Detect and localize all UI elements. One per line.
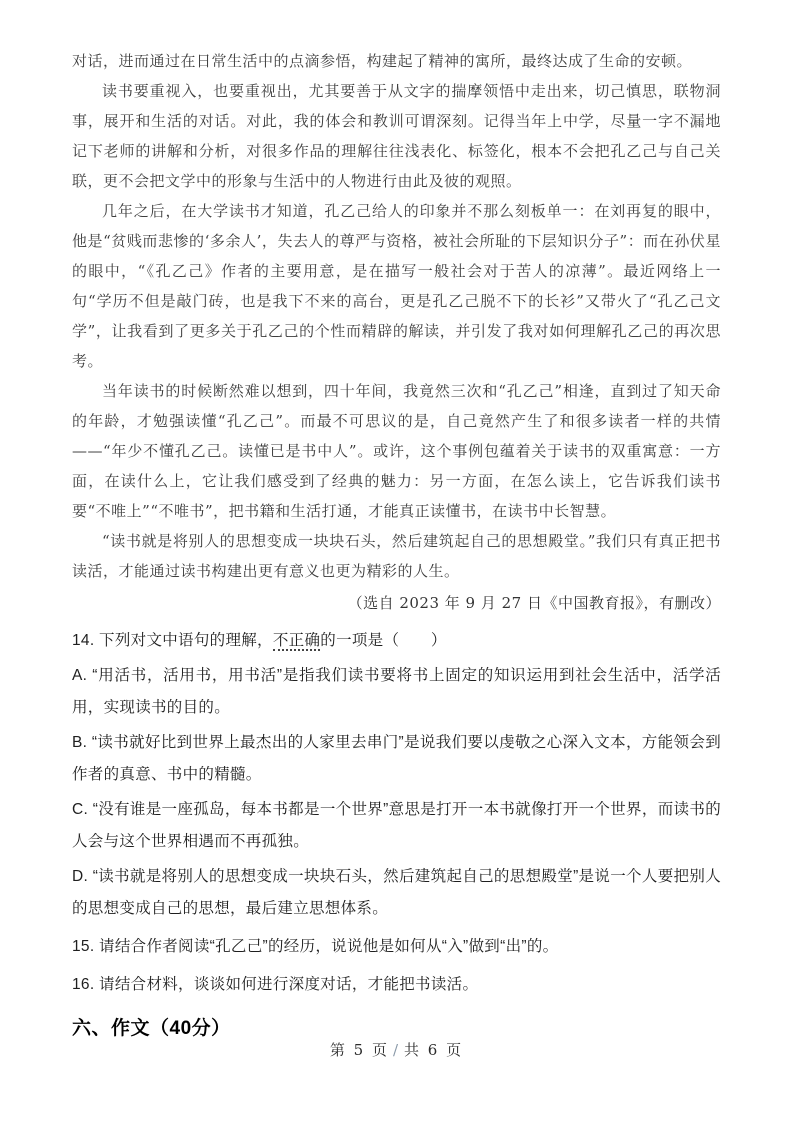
- question-15: 15. 请结合作者阅读“孔乙己”的经历，说说他是如何从“入”做到“出”的。: [72, 931, 721, 963]
- option-a: A. “用活书，活用书，用书活”是指我们读书要将书上固定的知识运用到社会生活中，…: [72, 660, 721, 724]
- body-paragraph: 读书要重视入，也要重视出，尤其要善于从文字的揣摩领悟中走出来，切己慎思，联物洞事…: [72, 76, 721, 196]
- body-paragraph: 对话，进而通过在日常生活中的点滴参悟，构建起了精神的寓所，最终达成了生命的安顿。: [72, 46, 721, 76]
- option-d: D. “读书就是将别人的思想变成一块块石头，然后建筑起自己的思想殿堂”是说一个人…: [72, 861, 721, 925]
- question-14-prefix: 14. 下列对文中语句的理解，: [72, 632, 273, 649]
- source-citation: （选自 2023 年 9 月 27 日《中国教育报》，有删改）: [72, 588, 721, 619]
- footer-total-pages: 共 6 页: [404, 1041, 463, 1059]
- exam-page: 对话，进而通过在日常生活中的点滴参悟，构建起了精神的寓所，最终达成了生命的安顿。…: [0, 0, 793, 1122]
- section-heading-composition: 六、作文（40分）: [72, 1013, 721, 1040]
- question-14-emphasized-word: 不正确: [273, 632, 320, 651]
- question-14-suffix: 的一项是（ ）: [320, 632, 446, 649]
- page-footer: 第 5 页/共 6 页: [0, 1039, 793, 1060]
- question-16: 16. 请结合材料，谈谈如何进行深度对话，才能把书读活。: [72, 969, 721, 1001]
- option-b: B. “读书就好比到世界上最杰出的人家里去串门”是说我们要以虔敬之心深入文本，方…: [72, 727, 721, 791]
- footer-separator: /: [389, 1041, 404, 1059]
- question-14: 14. 下列对文中语句的理解，不正确的一项是（ ）: [72, 625, 721, 657]
- page-content: 对话，进而通过在日常生活中的点滴参悟，构建起了精神的寓所，最终达成了生命的安顿。…: [0, 0, 793, 1040]
- footer-current-page: 第 5 页: [330, 1041, 389, 1059]
- body-paragraph: 当年读书的时候断然难以想到，四十年间，我竟然三次和“孔乙己”相逢，直到过了知天命…: [72, 376, 721, 526]
- body-paragraph: 几年之后，在大学读书才知道，孔乙己给人的印象并不那么刻板单一：在刘再复的眼中，他…: [72, 196, 721, 376]
- option-c: C. “没有谁是一座孤岛，每本书都是一个世界”意思是打开一本书就像打开一个世界，…: [72, 794, 721, 858]
- body-paragraph: “读书就是将别人的思想变成一块块石头，然后建筑起自己的思想殿堂。”我们只有真正把…: [72, 526, 721, 586]
